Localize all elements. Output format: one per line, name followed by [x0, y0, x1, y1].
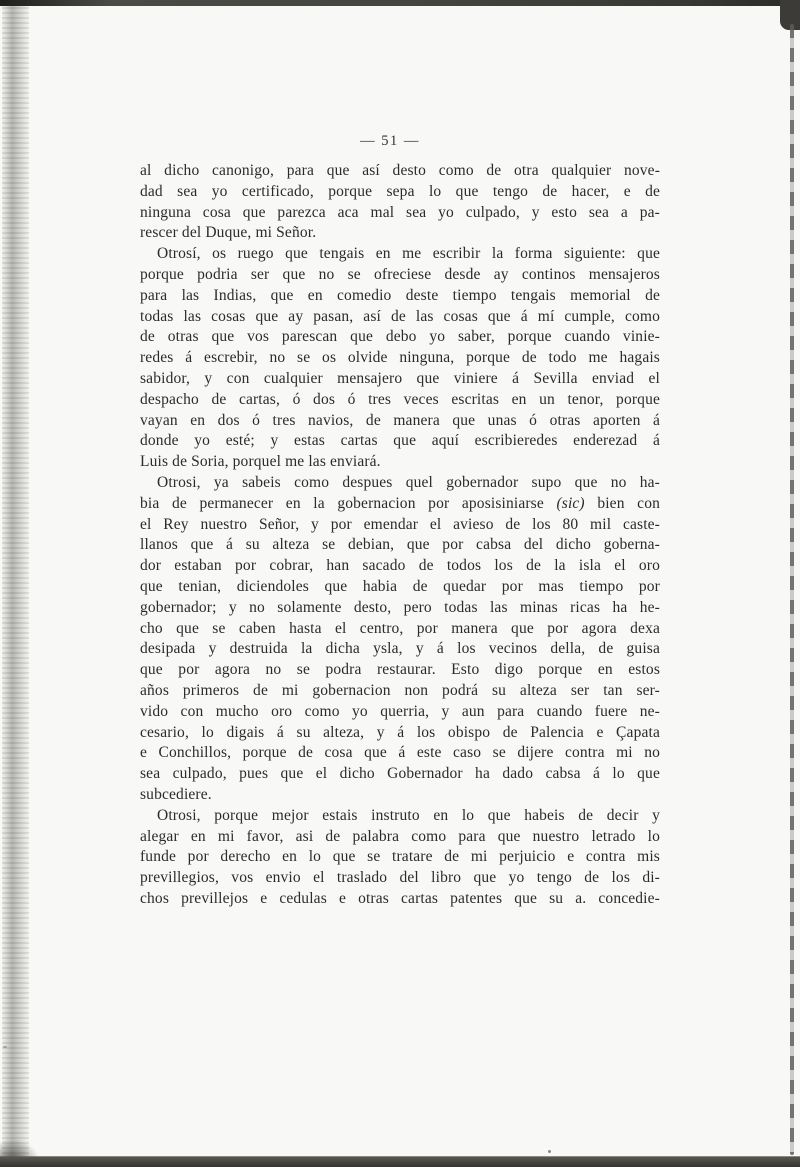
scan-right-edge-line: [790, 24, 794, 1155]
text-line: todas las cosas que ay pasan, así de las…: [140, 307, 660, 328]
scan-top-edge: [0, 0, 800, 6]
text-line: subcediere.: [140, 785, 660, 806]
text-line: que tenian, diciendoles que habia de que…: [140, 577, 660, 598]
text-line: de otras que vos parescan que debo yo sa…: [140, 327, 660, 348]
left-gutter-shadow: [2, 5, 29, 1159]
paragraph: Otrosí, os ruego que tengais en me escri…: [140, 244, 660, 473]
text-line: años primeros de mi gobernacion non podr…: [140, 681, 660, 702]
text-line: vayan en dos ó tres navios, de manera qu…: [140, 411, 660, 432]
text-line: el Rey nuestro Señor, y por emendar el a…: [140, 515, 660, 536]
text-line: dad sea yo certificado, porque sepa lo q…: [140, 182, 660, 203]
text-line: al dicho canonigo, para que así desto co…: [140, 161, 660, 182]
text-line: Otrosi, ya sabeis como despues quel gobe…: [140, 473, 660, 494]
text-line: ninguna cosa que parezca aca mal sea yo …: [140, 203, 660, 224]
paragraph: Otrosi, porque mejor estais instruto en …: [140, 806, 660, 910]
text-line: cesario, lo digais á su alteza, y á los …: [140, 723, 660, 744]
text-line: previllegios, vos envio el traslado del …: [140, 868, 660, 889]
paragraph: Otrosi, ya sabeis como despues quel gobe…: [140, 473, 660, 806]
text-line: para las Indias, que en comedio deste ti…: [140, 286, 660, 307]
text-line: que por agora no se podra restaurar. Est…: [140, 660, 660, 681]
italic-annotation: (sic): [556, 495, 584, 512]
scan-bottom-edge: [0, 1156, 800, 1167]
text-line: llanos que á su alteza se debian, que po…: [140, 535, 660, 556]
text-line: Luis de Soria, porquel me las enviará.: [140, 452, 660, 473]
text-line: sea culpado, pues que el dicho Gobernado…: [140, 764, 660, 785]
text-line: chos previllejos e cedulas e otras carta…: [140, 889, 660, 910]
text-line: dor estaban por cobrar, han sacado de to…: [140, 556, 660, 577]
paragraph: al dicho canonigo, para que así desto co…: [140, 161, 660, 244]
scan-speck: [3, 1046, 7, 1048]
text-line: cho que se caben hasta el centro, por ma…: [140, 619, 660, 640]
text-line: sabidor, y con cualquier mensajero que v…: [140, 369, 660, 390]
text-line: desipada y destruida la dicha ysla, y á …: [140, 639, 660, 660]
text-line: donde yo esté; y estas cartas que aquí e…: [140, 431, 660, 452]
text-line: porque podria ser que no se ofreciese de…: [140, 265, 660, 286]
text-line: Otrosi, porque mejor estais instruto en …: [140, 806, 660, 827]
text-line: alegar en mi favor, asi de palabra como …: [140, 827, 660, 848]
text-line: e Conchillos, porque de cosa que á este …: [140, 743, 660, 764]
text-line: Otrosí, os ruego que tengais en me escri…: [140, 244, 660, 265]
text-line: funde por derecho en lo que se tratare d…: [140, 847, 660, 868]
text-block: al dicho canonigo, para que así desto co…: [140, 161, 660, 910]
text-line: rescer del Duque, mi Señor.: [140, 223, 660, 244]
page-number: — 51 —: [140, 133, 640, 150]
text-line: despacho de cartas, ó dos ó tres veces e…: [140, 390, 660, 411]
text-line: bia de permanecer en la gobernacion por …: [140, 494, 660, 515]
scan-speck: [548, 1150, 551, 1153]
text-line: vido con mucho oro como yo querria, y au…: [140, 702, 660, 723]
text-line: gobernador; y no solamente desto, pero t…: [140, 598, 660, 619]
text-line: redes á escrebir, no se os olvide ningun…: [140, 348, 660, 369]
